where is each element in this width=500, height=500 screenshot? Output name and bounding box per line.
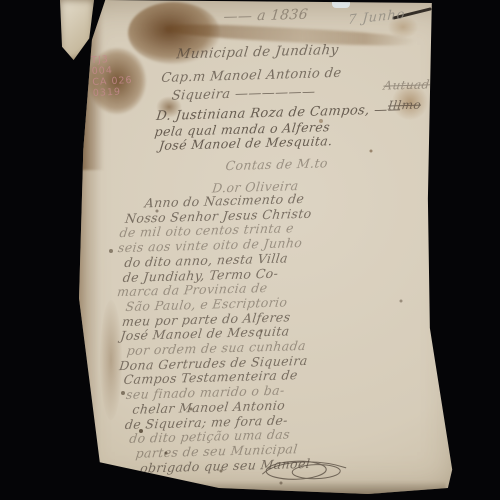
year-line: —— a 1836 — [223, 7, 309, 25]
signature-flourish — [258, 454, 349, 487]
photo-background: TJ3 004 CA 026 0319 7 Junho —— a 1836 Mu… — [0, 0, 500, 500]
torn-page-flap — [60, 0, 94, 60]
center-line: Contas de M.to — [225, 155, 329, 173]
body-text-block: Anno do Nascimento de Nosso Senhor Jesus… — [115, 190, 383, 477]
margin-note: Illmo — [387, 98, 422, 113]
handwriting-layer: —— a 1836 Municipal de Jundiahy Cap.m Ma… — [63, 0, 469, 500]
margin-note: Autuada — [383, 77, 438, 93]
header-line: Municipal de Jundiahy — [176, 42, 340, 63]
header-line: Cap.m Manoel Antonio de — [160, 66, 342, 86]
manuscript-page: TJ3 004 CA 026 0319 7 Junho —— a 1836 Mu… — [70, 0, 462, 497]
header-line: Siqueira —————— — [171, 85, 316, 104]
